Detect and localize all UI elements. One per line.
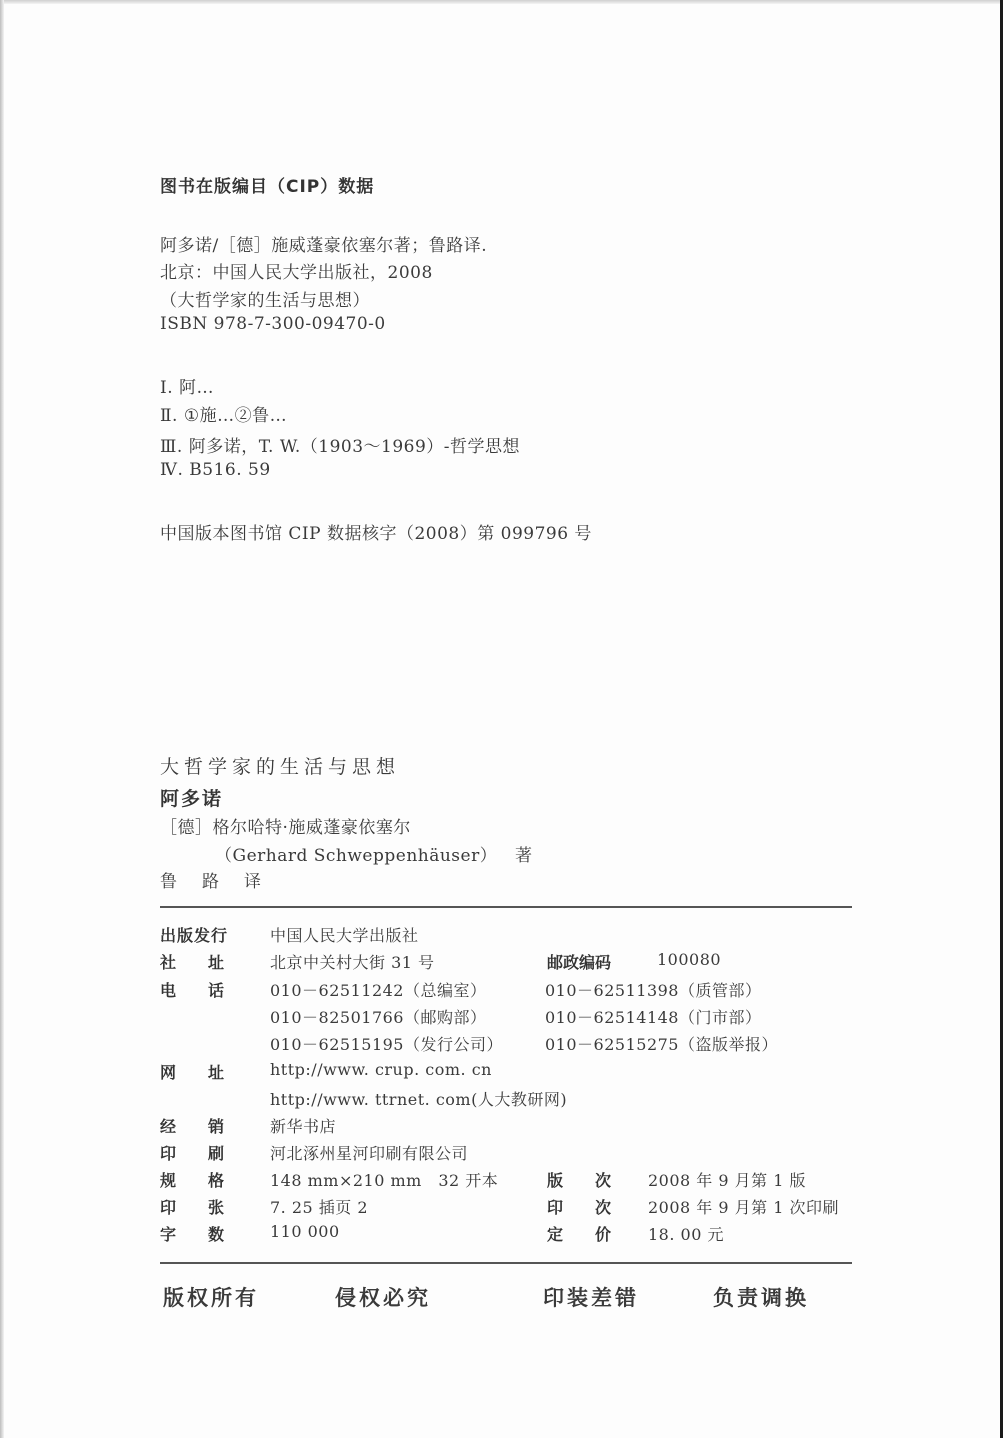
cip-subject: Ⅳ. B516. 59: [160, 460, 271, 480]
price-label: 定 价: [547, 1222, 611, 1245]
edition-value: 2008 年 9 月第 1 版: [648, 1168, 806, 1191]
book-title: 阿多诺: [160, 784, 223, 811]
printer-value: 河北涿州星河印刷有限公司: [270, 1141, 468, 1164]
translator: 鲁 路 译: [160, 867, 265, 892]
cip-record-line: 阿多诺/［德］施威蓬豪依塞尔著；鲁路译.: [160, 231, 487, 256]
page-top-edge: [0, 0, 1003, 4]
phone-value: 010－62515195（发行公司）: [270, 1032, 503, 1055]
author-cn: ［德］格尔哈特·施威蓬豪依塞尔: [160, 813, 411, 838]
distributor-value: 新华书店: [270, 1114, 336, 1137]
printer-label: 印 刷: [160, 1141, 224, 1164]
phone-value: 010－62515275（盗版举报）: [545, 1032, 778, 1055]
words-label: 字 数: [160, 1222, 224, 1245]
publisher-value: 中国人民大学出版社: [270, 923, 419, 946]
format-value: 148 mm×210 mm 32 开本: [270, 1168, 498, 1191]
printing-label: 印 次: [547, 1195, 611, 1218]
page-left-edge: [0, 0, 4, 1438]
bottom-divider: [160, 1262, 852, 1264]
printing-error-notice: 印装差错: [543, 1282, 639, 1312]
sheets-label: 印 张: [160, 1195, 224, 1218]
phone-value: 010－62511242（总编室）: [270, 978, 486, 1001]
distributor-label: 经 销: [160, 1114, 224, 1137]
sheets-value: 7. 25 插页 2: [270, 1195, 368, 1218]
address-value: 北京中关村大街 31 号: [270, 950, 435, 973]
cip-heading: 图书在版编目（CIP）数据: [160, 172, 374, 197]
phone-value: 010－62511398（质管部）: [545, 978, 761, 1001]
publisher-label: 出版发行: [160, 923, 228, 946]
cip-subject: Ⅲ. 阿多诺，T. W.（1903～1969）-哲学思想: [160, 432, 520, 457]
cip-record-line: 北京：中国人民大学出版社，2008: [160, 258, 433, 283]
cip-approval: 中国版本图书馆 CIP 数据核字（2008）第 099796 号: [160, 519, 592, 544]
cip-subject: Ⅰ. 阿…: [160, 373, 214, 398]
cip-subject: Ⅱ. ①施…②鲁…: [160, 401, 287, 426]
postcode-label: 邮政编码: [547, 950, 611, 973]
cip-record-line: （大哲学家的生活与思想）: [160, 286, 370, 311]
phone-value: 010－62514148（门市部）: [545, 1005, 761, 1028]
phone-label: 电 话: [160, 978, 224, 1001]
infringement-notice: 侵权必究: [335, 1282, 431, 1312]
phone-value: 010－82501766（邮购部）: [270, 1005, 486, 1028]
address-label: 社 址: [160, 950, 224, 973]
author-role: 著: [515, 841, 533, 866]
price-value: 18. 00 元: [648, 1222, 724, 1245]
author-en: （Gerhard Schweppenhäuser）: [215, 841, 497, 866]
web-link[interactable]: http://www. ttrnet. com(人大教研网): [270, 1087, 567, 1110]
web-link[interactable]: http://www. crup. com. cn: [270, 1060, 492, 1079]
series-title: 大哲学家的生活与思想: [160, 752, 400, 779]
edition-label: 版 次: [547, 1168, 611, 1191]
copyright-reserved: 版权所有: [163, 1282, 259, 1312]
web-label: 网 址: [160, 1060, 224, 1083]
postcode-value: 100080: [657, 950, 721, 969]
format-label: 规 格: [160, 1168, 224, 1191]
top-divider: [160, 906, 852, 908]
words-value: 110 000: [270, 1222, 340, 1241]
exchange-notice: 负责调换: [713, 1282, 809, 1312]
printing-value: 2008 年 9 月第 1 次印刷: [648, 1195, 839, 1218]
isbn: ISBN 978-7-300-09470-0: [160, 314, 386, 334]
